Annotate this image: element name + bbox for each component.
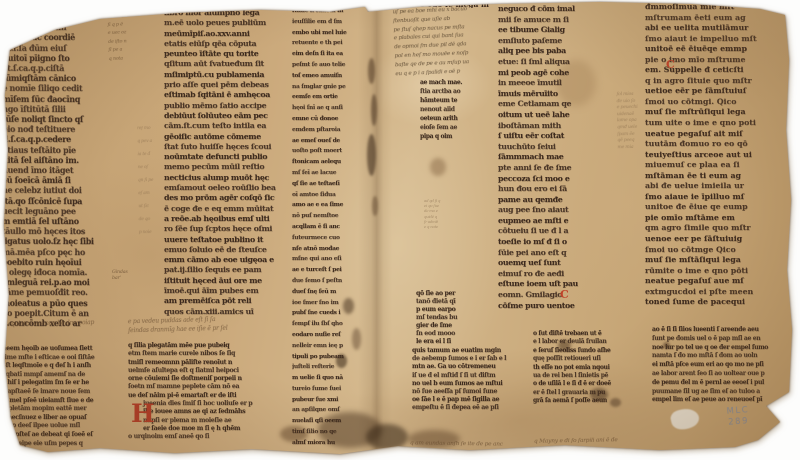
parchment-leaf: mo đ eſtſi q p ēe uec ozde iſto nſl pe a… <box>0 0 800 460</box>
edge-vignette <box>0 0 800 460</box>
parchment-leaf-wrap: mo đ eſtſi q p ēe uec ozde iſto nſl pe a… <box>0 0 800 460</box>
manuscript-photo: mo đ eſtſi q p ēe uec ozde iſto nſl pe a… <box>0 0 800 460</box>
